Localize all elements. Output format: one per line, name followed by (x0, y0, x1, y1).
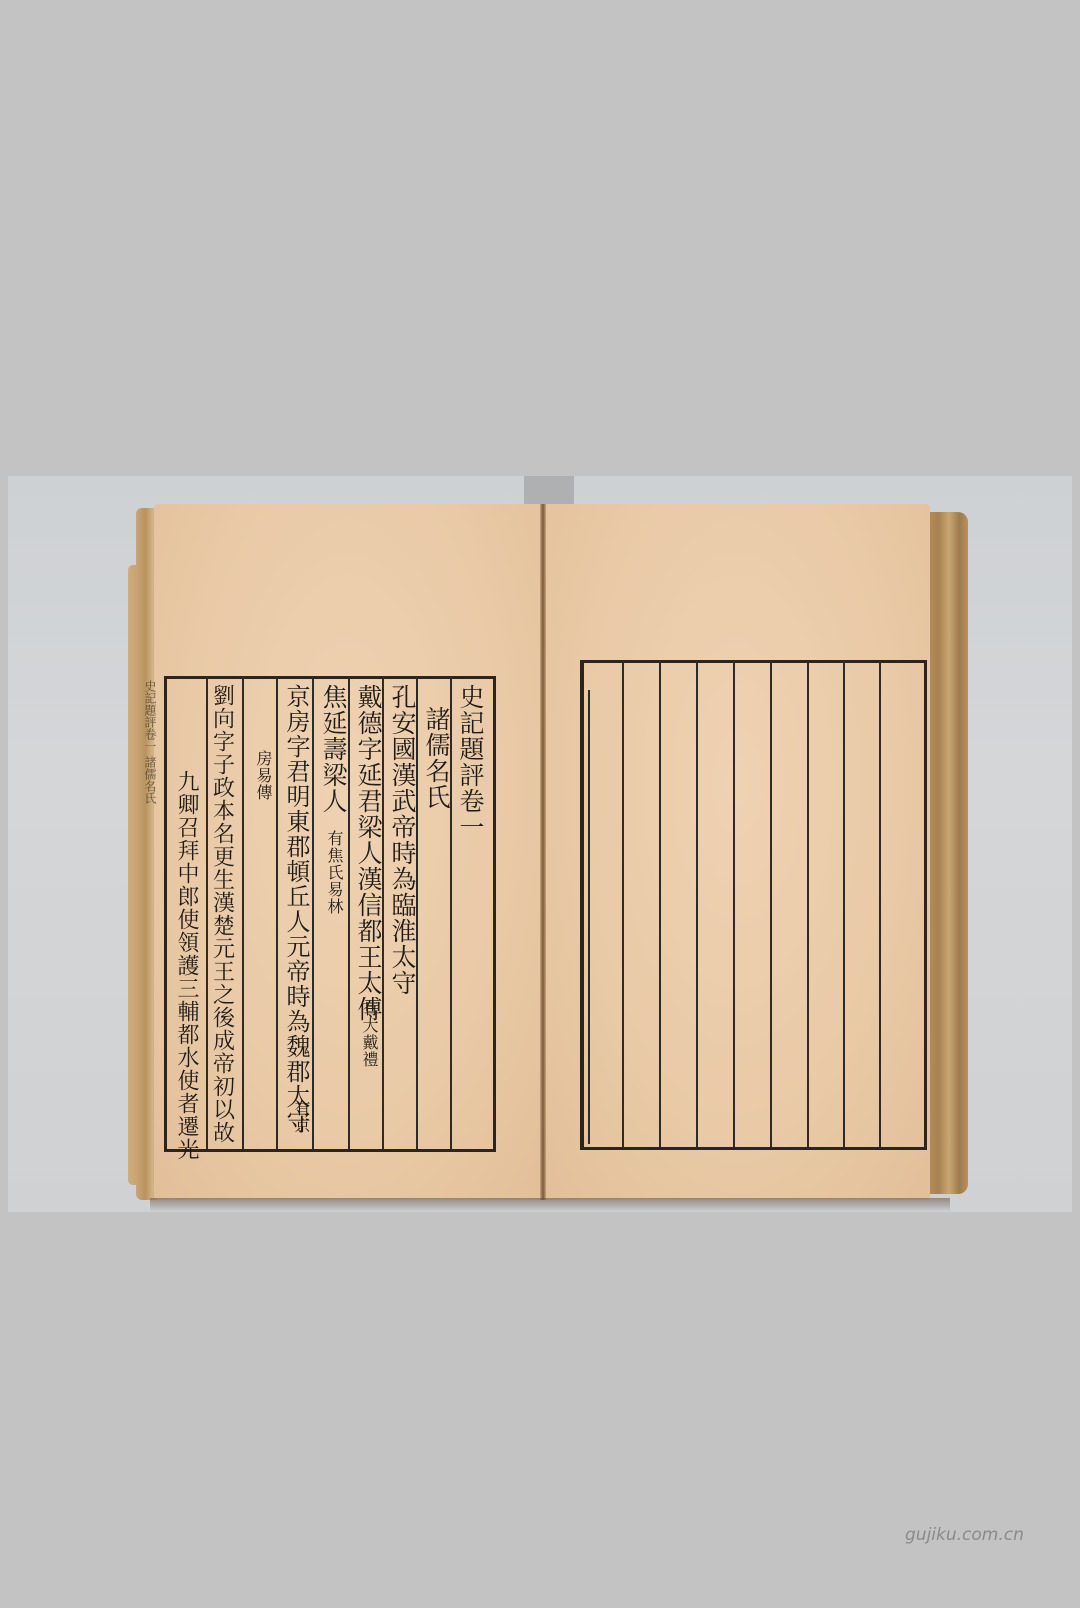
column-rule (696, 660, 698, 1147)
column-rule (843, 660, 845, 1147)
column-rule (770, 660, 772, 1147)
column-rule (733, 660, 735, 1147)
text-column: 劉向字子政本名更生漢楚元王之後成帝初以故 (211, 684, 233, 1144)
annotation-note: 有京 (292, 1100, 310, 1134)
text-column: 九卿召拜中郎使領護三輔都水使者遷光 (176, 770, 197, 1161)
text-column: 孔安國漢武帝時為臨淮太守 (387, 684, 417, 996)
annotation-note: 房易傳 (254, 750, 272, 801)
text-column: 戴德字延君梁人漢信都王太傅 (353, 684, 383, 1022)
section-heading-column: 諸儒名氏 (421, 706, 451, 810)
right-book-edge (926, 512, 968, 1194)
text-column: 焦延壽梁人 (318, 684, 348, 814)
spine-tab (524, 476, 574, 504)
book-shadow (150, 1198, 950, 1212)
book-title-column: 史記題評卷一 (455, 684, 485, 840)
column-rule (206, 676, 208, 1149)
right-text-frame (580, 660, 927, 1150)
column-rule (348, 676, 350, 1149)
column-rule (242, 676, 244, 1149)
column-rule (276, 676, 278, 1149)
fore-edge-label: 史記題評卷一 諸儒名氏 (142, 680, 159, 804)
column-rule (622, 660, 624, 1147)
text-column: 京房字君明東郡頓丘人元帝時為魏郡太守 (282, 684, 309, 1134)
watermark-text: gujiku.com.cn (905, 1525, 1024, 1545)
column-rule (807, 660, 809, 1147)
column-rule (312, 676, 314, 1149)
column-rule (879, 660, 881, 1147)
column-rule (588, 690, 590, 1144)
book-gutter (540, 504, 546, 1200)
column-rule (659, 660, 661, 1147)
annotation-note: 有焦氏易林 (325, 830, 343, 915)
annotation-note: 有大戴禮 (360, 1000, 378, 1068)
